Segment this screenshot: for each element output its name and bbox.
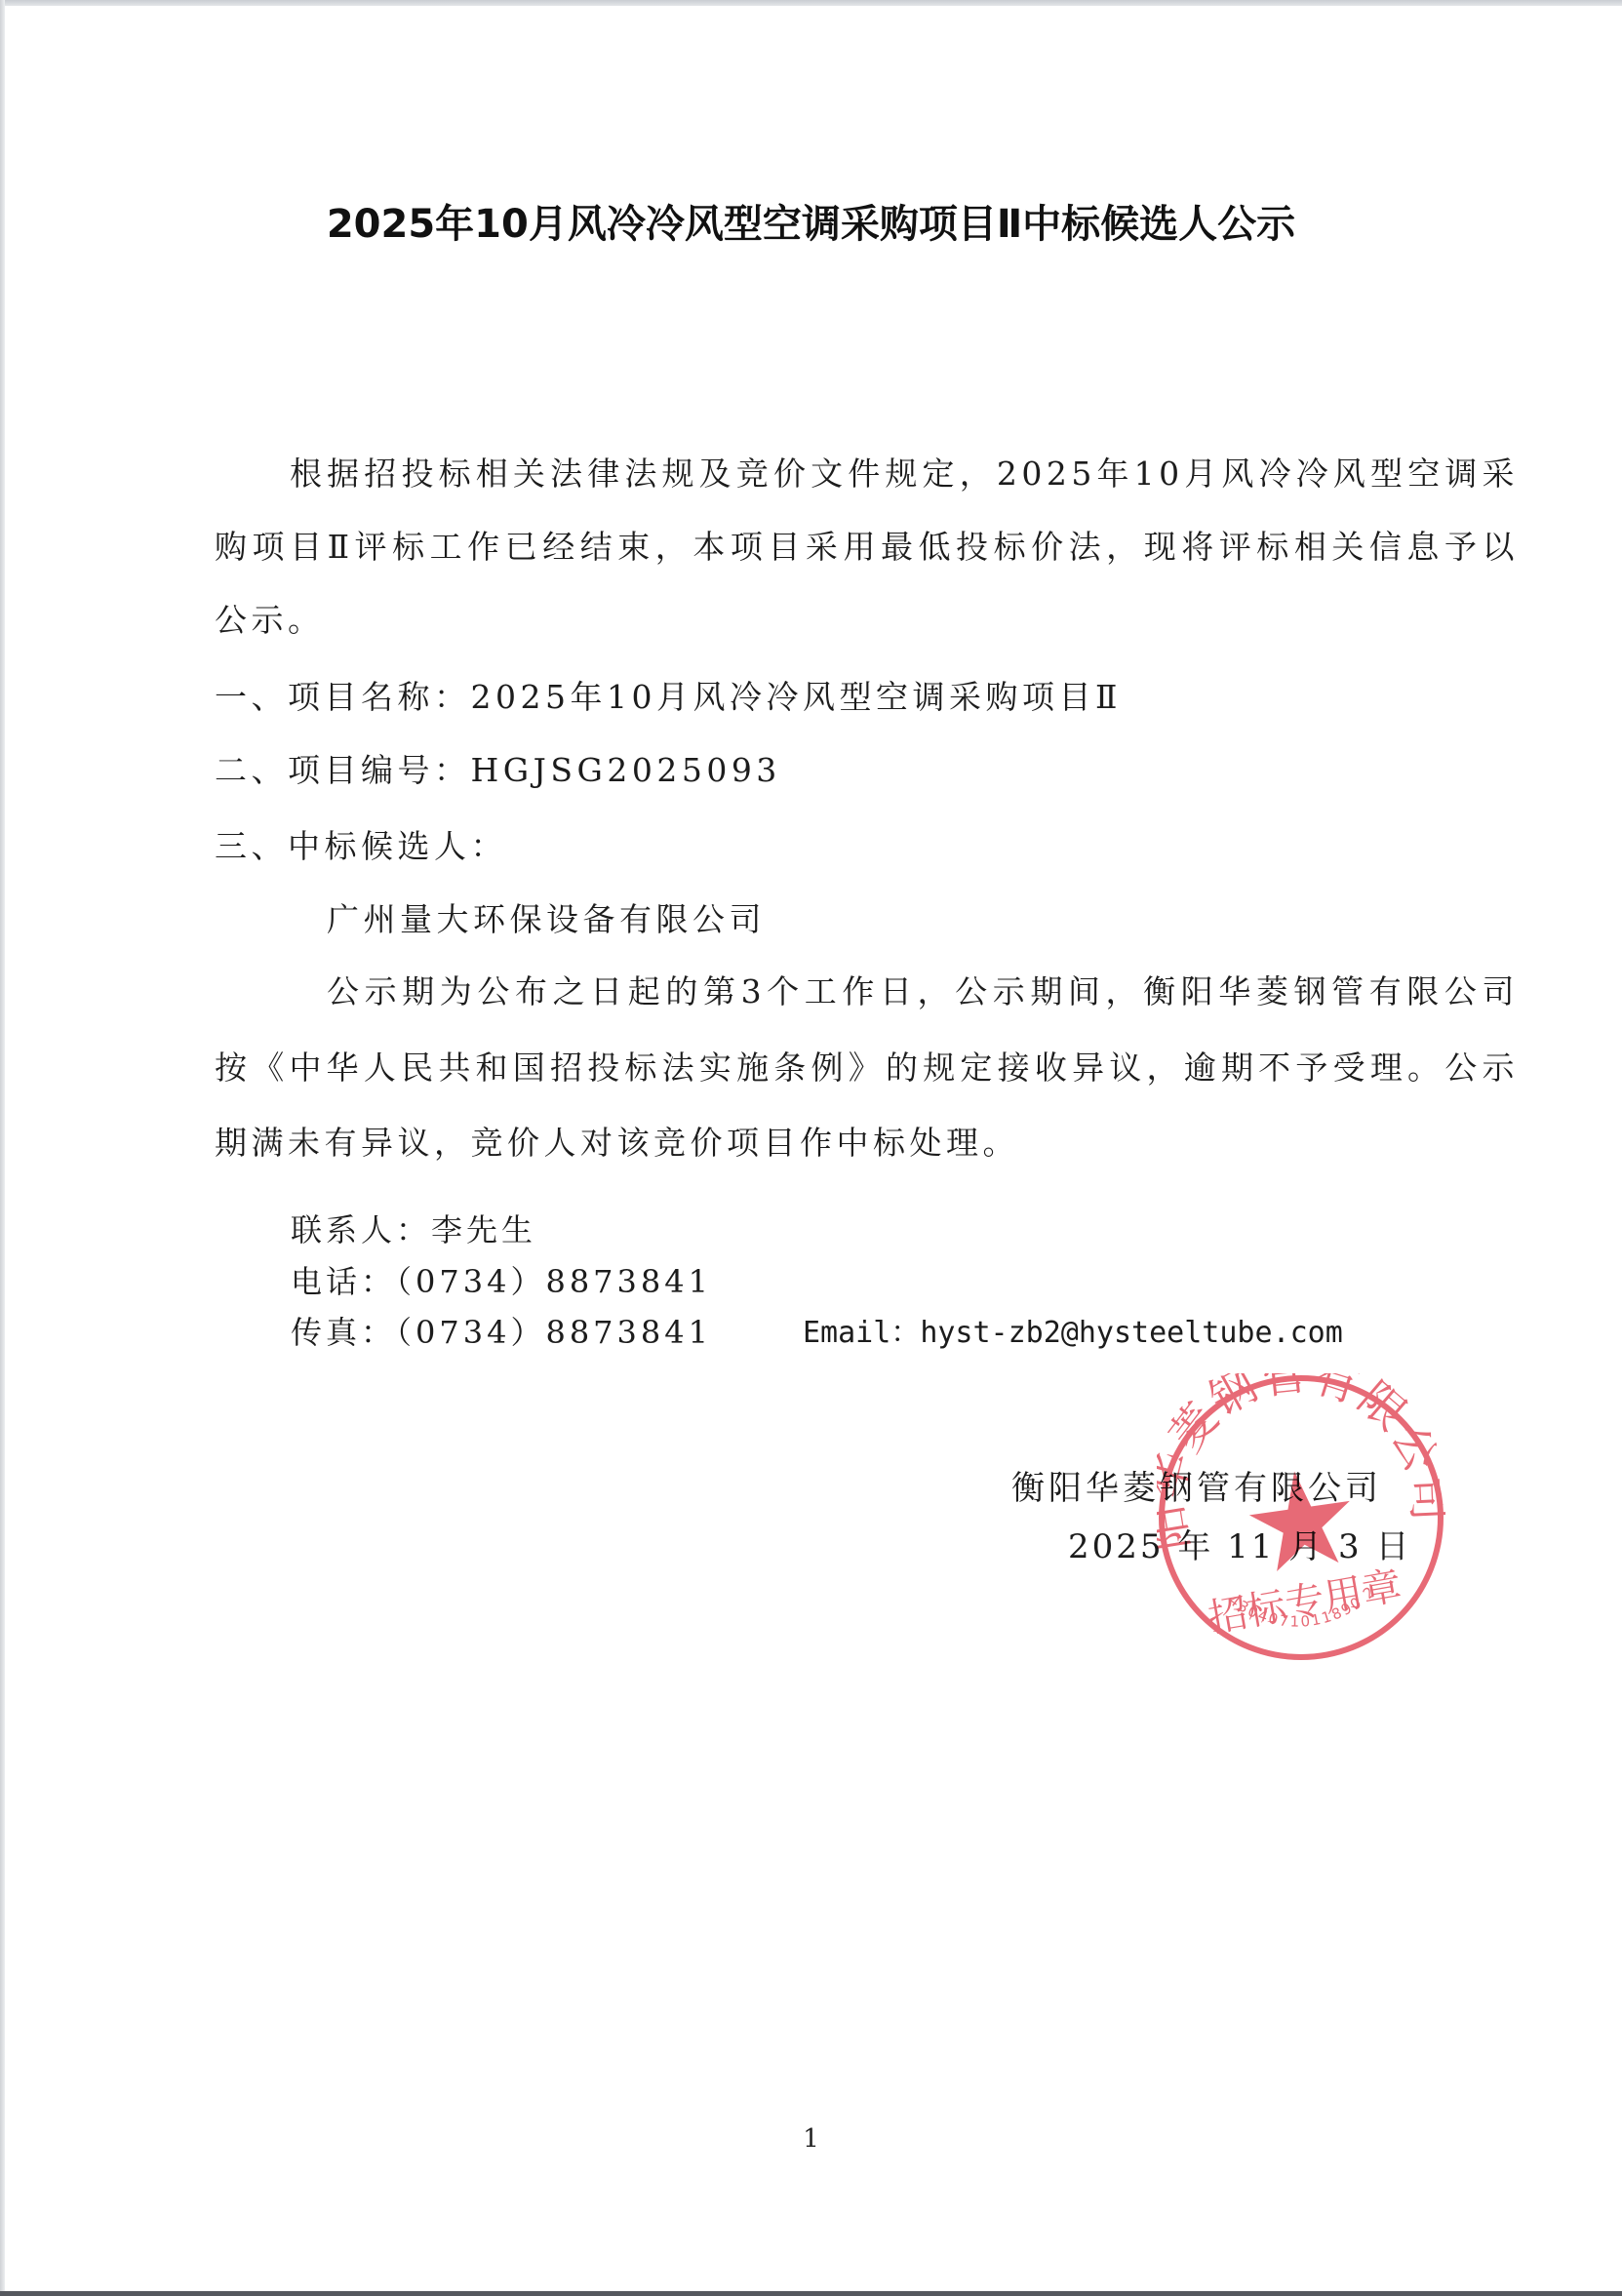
page-number: 1	[0, 2124, 1622, 2154]
section-label: 三、中标候选人：	[215, 827, 507, 865]
contact-phone: 电话：（0734）8873841	[291, 1262, 712, 1301]
fax-value: （0734）8873841	[396, 1314, 712, 1351]
section-project-number: 二、项目编号：HGJSG2025093	[215, 751, 781, 790]
contact-fax: 传真：（0734）8873841	[291, 1313, 712, 1352]
document-title: 2025年10月风冷冷风型空调采购项目Ⅱ中标候选人公示	[0, 195, 1622, 254]
candidate-name: 广州量大环保设备有限公司	[327, 900, 766, 939]
phone-value: （0734）8873841	[396, 1263, 712, 1300]
section-project-name: 一、项目名称：2025年10月风冷冷风型空调采购项目Ⅱ	[215, 678, 1122, 717]
contact-email: Email：hyst-zb2@hysteeltube.com	[803, 1314, 1343, 1353]
document-page: 2025年10月风冷冷风型空调采购项目Ⅱ中标候选人公示 根据招投标相关法律法规及…	[0, 0, 1622, 2296]
section-label: 二、项目编号：	[215, 751, 471, 789]
scan-edge-bottom	[0, 2291, 1622, 2296]
contact-person: 联系人：李先生	[291, 1210, 536, 1249]
section-label: 一、项目名称：	[215, 678, 471, 716]
contact-person-label: 联系人：	[291, 1211, 431, 1248]
seal-star-icon	[1245, 1464, 1359, 1574]
phone-label: 电话：	[291, 1263, 396, 1300]
notice-line-1: 公示期为公布之日起的第3个工作日，公示期间，衡阳华菱钢管有限公司	[327, 972, 1519, 1011]
notice-line-3: 期满未有异议，竞价人对该竞价项目作中标处理。	[215, 1124, 1019, 1163]
section-candidate-heading: 三、中标候选人：	[215, 827, 507, 866]
project-number-value: HGJSG2025093	[471, 751, 781, 789]
intro-line-1: 根据招投标相关法律法规及竞价文件规定，2025年10月风冷冷风型空调采	[290, 455, 1519, 494]
email-link[interactable]: hyst-zb2@hysteeltube.com	[920, 1316, 1342, 1350]
contact-person-value: 李先生	[431, 1211, 536, 1248]
intro-line-2: 购项目Ⅱ评标工作已经结束，本项目采用最低投标价法，现将评标相关信息予以	[215, 528, 1519, 567]
official-seal-icon: 阳华菱钢管有限公司 招标专用章 4304071011890 2	[1157, 1373, 1445, 1662]
project-name-value: 2025年10月风冷冷风型空调采购项目Ⅱ	[471, 678, 1122, 716]
email-label: Email：	[803, 1316, 920, 1350]
intro-line-3: 公示。	[215, 601, 325, 640]
notice-line-2: 按《中华人民共和国招投标法实施条例》的规定接收异议，逾期不予受理。公示	[215, 1049, 1519, 1088]
fax-label: 传真：	[291, 1314, 396, 1351]
